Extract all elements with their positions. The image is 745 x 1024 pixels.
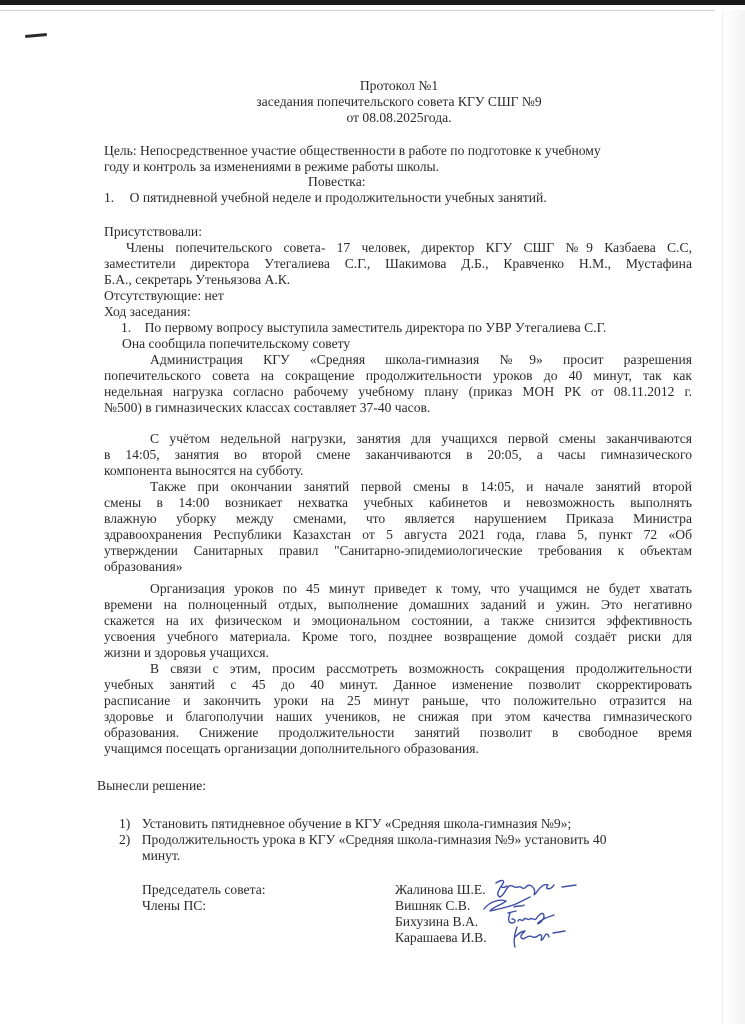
paragraph-5-line-1: В связи с этим, просим рассмотреть возмо…: [104, 661, 692, 676]
goal-line-2: году и контроль за изменениями в режиме …: [104, 159, 439, 174]
absent-line: Отсутствующие: нет: [104, 288, 224, 303]
pen-mark: [25, 33, 47, 38]
document-title: Протокол №1: [104, 78, 694, 93]
paragraph-5-line-3: расписание и закончить уроки на 25 минут…: [104, 693, 692, 708]
proceedings-item: 1. По первому вопросу выступила заместит…: [121, 320, 606, 335]
paragraph-4-line-3: скажется на их физическом и эмоционально…: [104, 613, 692, 628]
signatory-name-2: Вишняк С.В.: [395, 898, 470, 913]
decision-item-2: 2) Продолжительность урока в КГУ «Средня…: [119, 832, 607, 847]
paragraph-1-line-4: №500) в гимназических классах составляет…: [104, 400, 430, 415]
paragraph-3-line-3: влажную уборку между сменами, что являет…: [104, 511, 692, 526]
paragraph-2-line-2: в 14:05, занятия во второй смене заканчи…: [104, 447, 692, 462]
paragraph-1-line-1: Администрация КГУ «Средняя школа-гимнази…: [104, 352, 692, 367]
paragraph-4-line-4: усвоения учебного материала. Кроме того,…: [104, 629, 692, 644]
paragraph-3-line-5: утверждении Санитарных правил "Санитарно…: [104, 543, 692, 558]
attendance-line-2: заместители директора Утегалиева С.Г., Ш…: [104, 256, 692, 271]
proceedings-item-number: 1.: [121, 320, 131, 335]
attendance-line-3: Б.А., секретарь Утеньязова А.К.: [104, 272, 290, 287]
attendance-line-1: Члены попечительского совета- 17 человек…: [104, 240, 692, 255]
paragraph-5-line-6: учащимся посещать организации дополнител…: [104, 741, 479, 756]
paragraph-1-line-2: попечительского совета на сокращение про…: [104, 368, 692, 383]
paragraph-3-line-1: Также при окончании занятий первой смены…: [104, 479, 692, 494]
paragraph-2-line-1: С учётом недельной нагрузки, занятия для…: [104, 431, 692, 446]
signatory-name-4: Карашаева И.В.: [395, 930, 487, 945]
proceedings-heading: Ход заседания:: [104, 304, 191, 319]
paragraph-3-line-2: смены в 14:00 возникает нехватка учебных…: [104, 495, 692, 510]
signature-4-icon: [509, 923, 569, 949]
scan-top-border: [0, 0, 745, 5]
reported-line: Она сообщила попечительскому совету: [122, 336, 350, 351]
agenda-heading: Повестка:: [308, 174, 366, 189]
signatory-name-3: Бихузина В.А.: [395, 914, 478, 929]
page-right-shadow: [722, 10, 745, 1024]
decision-item-1: 1) Установить пятидневное обучение в КГУ…: [119, 816, 571, 831]
decision-item-2-text: Продолжительность урока в КГУ «Средняя ш…: [142, 832, 607, 847]
paragraph-4-line-2: времени на полноценный отдых, выполнение…: [104, 597, 692, 612]
decision-item-1-number: 1): [119, 816, 130, 831]
proceedings-item-text: По первому вопросу выступила заместитель…: [145, 320, 607, 335]
paragraph-5-line-5: образования. Снижение продолжительности …: [104, 725, 692, 740]
decision-item-1-text: Установить пятидневное обучение в КГУ «С…: [142, 816, 571, 831]
decision-heading: Вынесли решение:: [97, 778, 206, 793]
agenda-item: 1. О пятидневной учебной неделе и продол…: [104, 190, 547, 205]
paragraph-2-line-3: компонента выносятся на субботу.: [104, 463, 304, 478]
document-subtitle: заседания попечительского совета КГУ СШГ…: [104, 94, 694, 109]
paragraph-3-line-4: здравоохранения Республики Казахстан от …: [104, 527, 692, 542]
document-date: от 08.08.2025года.: [104, 110, 694, 125]
goal-line-1: Цель: Непосредственное участие обществен…: [104, 143, 601, 158]
paragraph-3-line-6: образования»: [104, 559, 183, 574]
chair-label: Председатель совета:: [142, 882, 266, 897]
paragraph-5-line-4: здоровье и благополучии наших учеников, …: [104, 709, 692, 724]
paragraph-1-line-3: недельная нагрузка согласно рабочему уче…: [104, 384, 692, 399]
agenda-item-text: О пятидневной учебной неделе и продолжит…: [130, 190, 547, 205]
paragraph-4-line-1: Организация уроков по 45 минут приведет …: [104, 581, 692, 596]
decision-item-2-continuation: минут.: [142, 848, 180, 863]
signatory-name-1: Жалинова Ш.Е.: [395, 882, 486, 897]
members-label: Члены ПС:: [142, 898, 206, 913]
decision-item-2-number: 2): [119, 832, 130, 847]
agenda-item-number: 1.: [104, 190, 114, 205]
paragraph-4-line-5: жизни и здоровья учащихся.: [104, 645, 269, 660]
paragraph-5-line-2: учебных занятий с 45 до 40 минут. Данное…: [104, 677, 692, 692]
page-top-edge: [0, 10, 715, 11]
attendance-heading: Присутствовали:: [104, 224, 202, 239]
